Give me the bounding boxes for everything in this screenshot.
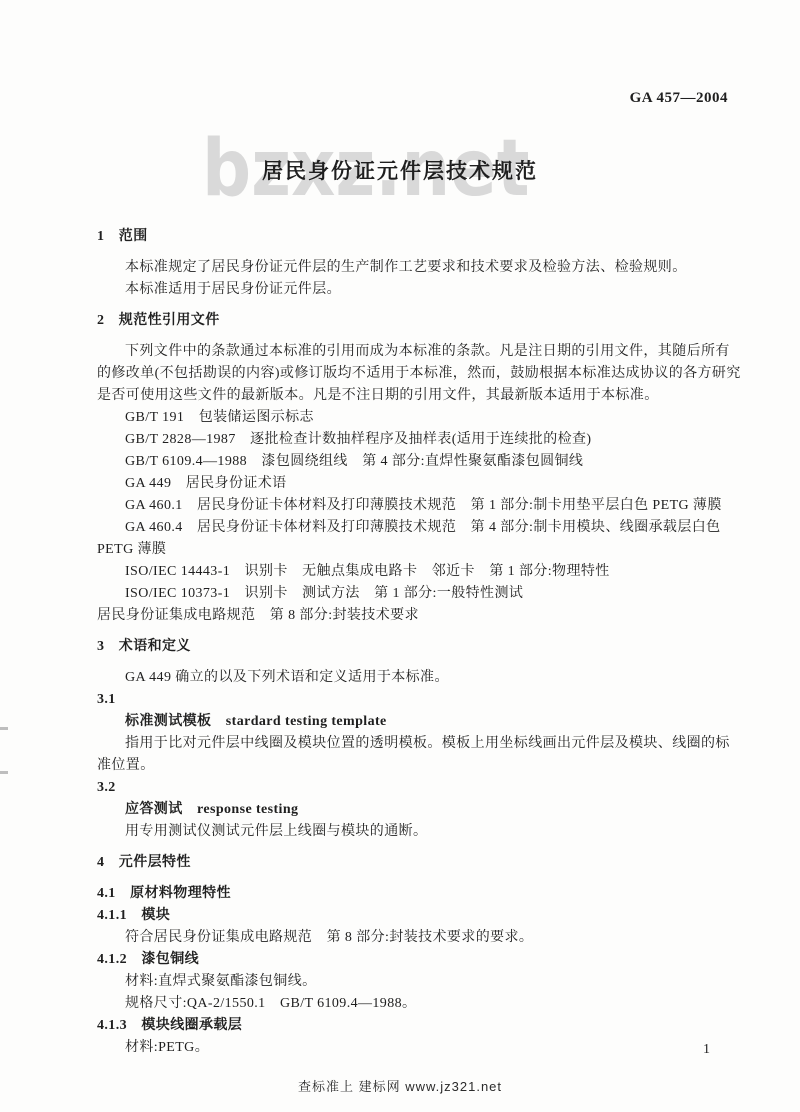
paragraph-line: 材料:PETG。 xyxy=(97,1037,737,1059)
section-heading: 4 元件层特性 xyxy=(97,852,737,874)
paragraph-line: GB/T 191 包装储运图示标志 xyxy=(97,407,737,429)
footer-site-note: 查标准上 建标网 www.jz321.net xyxy=(0,1076,800,1095)
clause-number: 3.1 xyxy=(97,689,737,711)
clause-heading: 4.1.1 模块 xyxy=(97,905,737,927)
paragraph-line: GA 460.1 居民身份证卡体材料及打印薄膜技术规范 第 1 部分:制卡用垫平… xyxy=(97,495,737,517)
paragraph-line: 下列文件中的条款通过本标准的引用而成为本标准的条款。凡是注日期的引用文件，其随后… xyxy=(97,341,737,363)
clause-heading: 4.1.3 模块线圈承载层 xyxy=(97,1015,737,1037)
clause-number: 3.2 xyxy=(97,777,737,799)
scan-edge-mark xyxy=(0,771,8,774)
document-page: bzxz.net GA 457—2004 居民身份证元件层技术规范 1 范围本标… xyxy=(0,0,800,1112)
paragraph-line: GA 449 居民身份证术语 xyxy=(97,473,737,495)
clause-heading: 4.1 原材料物理特性 xyxy=(97,883,737,905)
paragraph-line: 居民身份证集成电路规范 第 8 部分:封装技术要求 xyxy=(97,605,737,627)
paragraph-line: 规格尺寸:QA-2/1550.1 GB/T 6109.4—1988。 xyxy=(97,993,737,1015)
paragraph-line: ISO/IEC 14443-1 识别卡 无触点集成电路卡 邻近卡 第 1 部分:… xyxy=(97,561,737,583)
standard-number: GA 457—2004 xyxy=(630,90,728,107)
paragraph-line: 准位置。 xyxy=(97,755,737,777)
term-heading: 标准测试模板 stardard testing template xyxy=(97,711,737,733)
paragraph-line: PETG 薄膜 xyxy=(97,539,737,561)
paragraph-line: GB/T 2828—1987 逐批检查计数抽样程序及抽样表(适用于连续批的检查) xyxy=(97,429,737,451)
section-heading: 2 规范性引用文件 xyxy=(97,310,737,332)
paragraph-line: 指用于比对元件层中线圈及模块位置的透明模板。模板上用坐标线画出元件层及模块、线圈… xyxy=(97,733,737,755)
paragraph-line: ISO/IEC 10373-1 识别卡 测试方法 第 1 部分:一般特性测试 xyxy=(97,583,737,605)
clause-heading: 4.1.2 漆包铜线 xyxy=(97,949,737,971)
paragraph-line: 用专用测试仪测试元件层上线圈与模块的通断。 xyxy=(97,821,737,843)
section-heading: 3 术语和定义 xyxy=(97,636,737,658)
paragraph-line: 本标准规定了居民身份证元件层的生产制作工艺要求和技术要求及检验方法、检验规则。 xyxy=(97,257,737,279)
paragraph-line: GA 460.4 居民身份证卡体材料及打印薄膜技术规范 第 4 部分:制卡用模块… xyxy=(97,517,737,539)
paragraph-line: 符合居民身份证集成电路规范 第 8 部分:封装技术要求的要求。 xyxy=(97,927,737,949)
term-heading: 应答测试 response testing xyxy=(97,799,737,821)
paragraph-line: 材料:直焊式聚氨酯漆包铜线。 xyxy=(97,971,737,993)
scan-edge-mark xyxy=(0,727,8,730)
document-title: 居民身份证元件层技术规范 xyxy=(0,155,800,185)
paragraph-line: 本标准适用于居民身份证元件层。 xyxy=(97,279,737,301)
document-body: 1 范围本标准规定了居民身份证元件层的生产制作工艺要求和技术要求及检验方法、检验… xyxy=(97,217,737,1059)
paragraph-line: GA 449 确立的以及下列术语和定义适用于本标准。 xyxy=(97,667,737,689)
section-heading: 1 范围 xyxy=(97,226,737,248)
page-number: 1 xyxy=(703,1042,710,1058)
paragraph-line: 是否可使用这些文件的最新版本。凡是不注日期的引用文件，其最新版本适用于本标准。 xyxy=(97,385,737,407)
paragraph-line: 的修改单(不包括勘误的内容)或修订版均不适用于本标准，然而，鼓励根据本标准达成协… xyxy=(97,363,737,385)
paragraph-line: GB/T 6109.4—1988 漆包圆绕组线 第 4 部分:直焊性聚氨酯漆包圆… xyxy=(97,451,737,473)
